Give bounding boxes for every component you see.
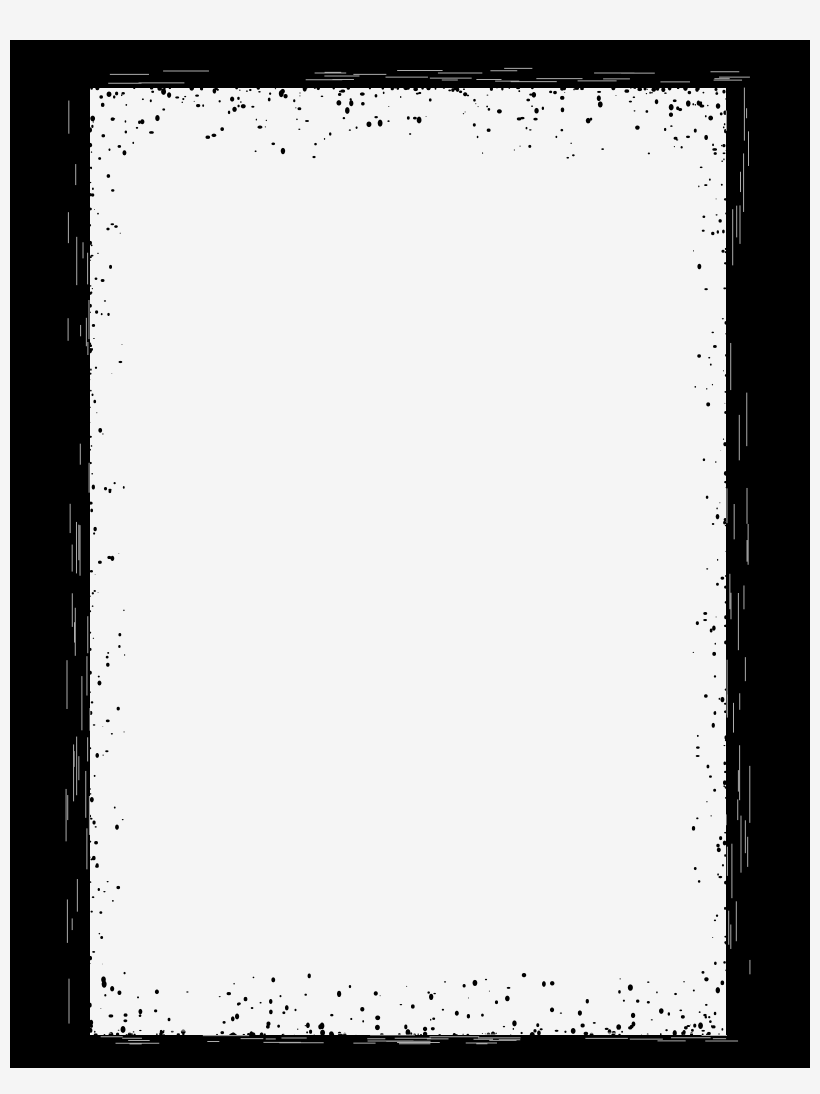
frame-blank-interior — [90, 88, 726, 1035]
grunge-frame-border — [10, 40, 810, 1068]
